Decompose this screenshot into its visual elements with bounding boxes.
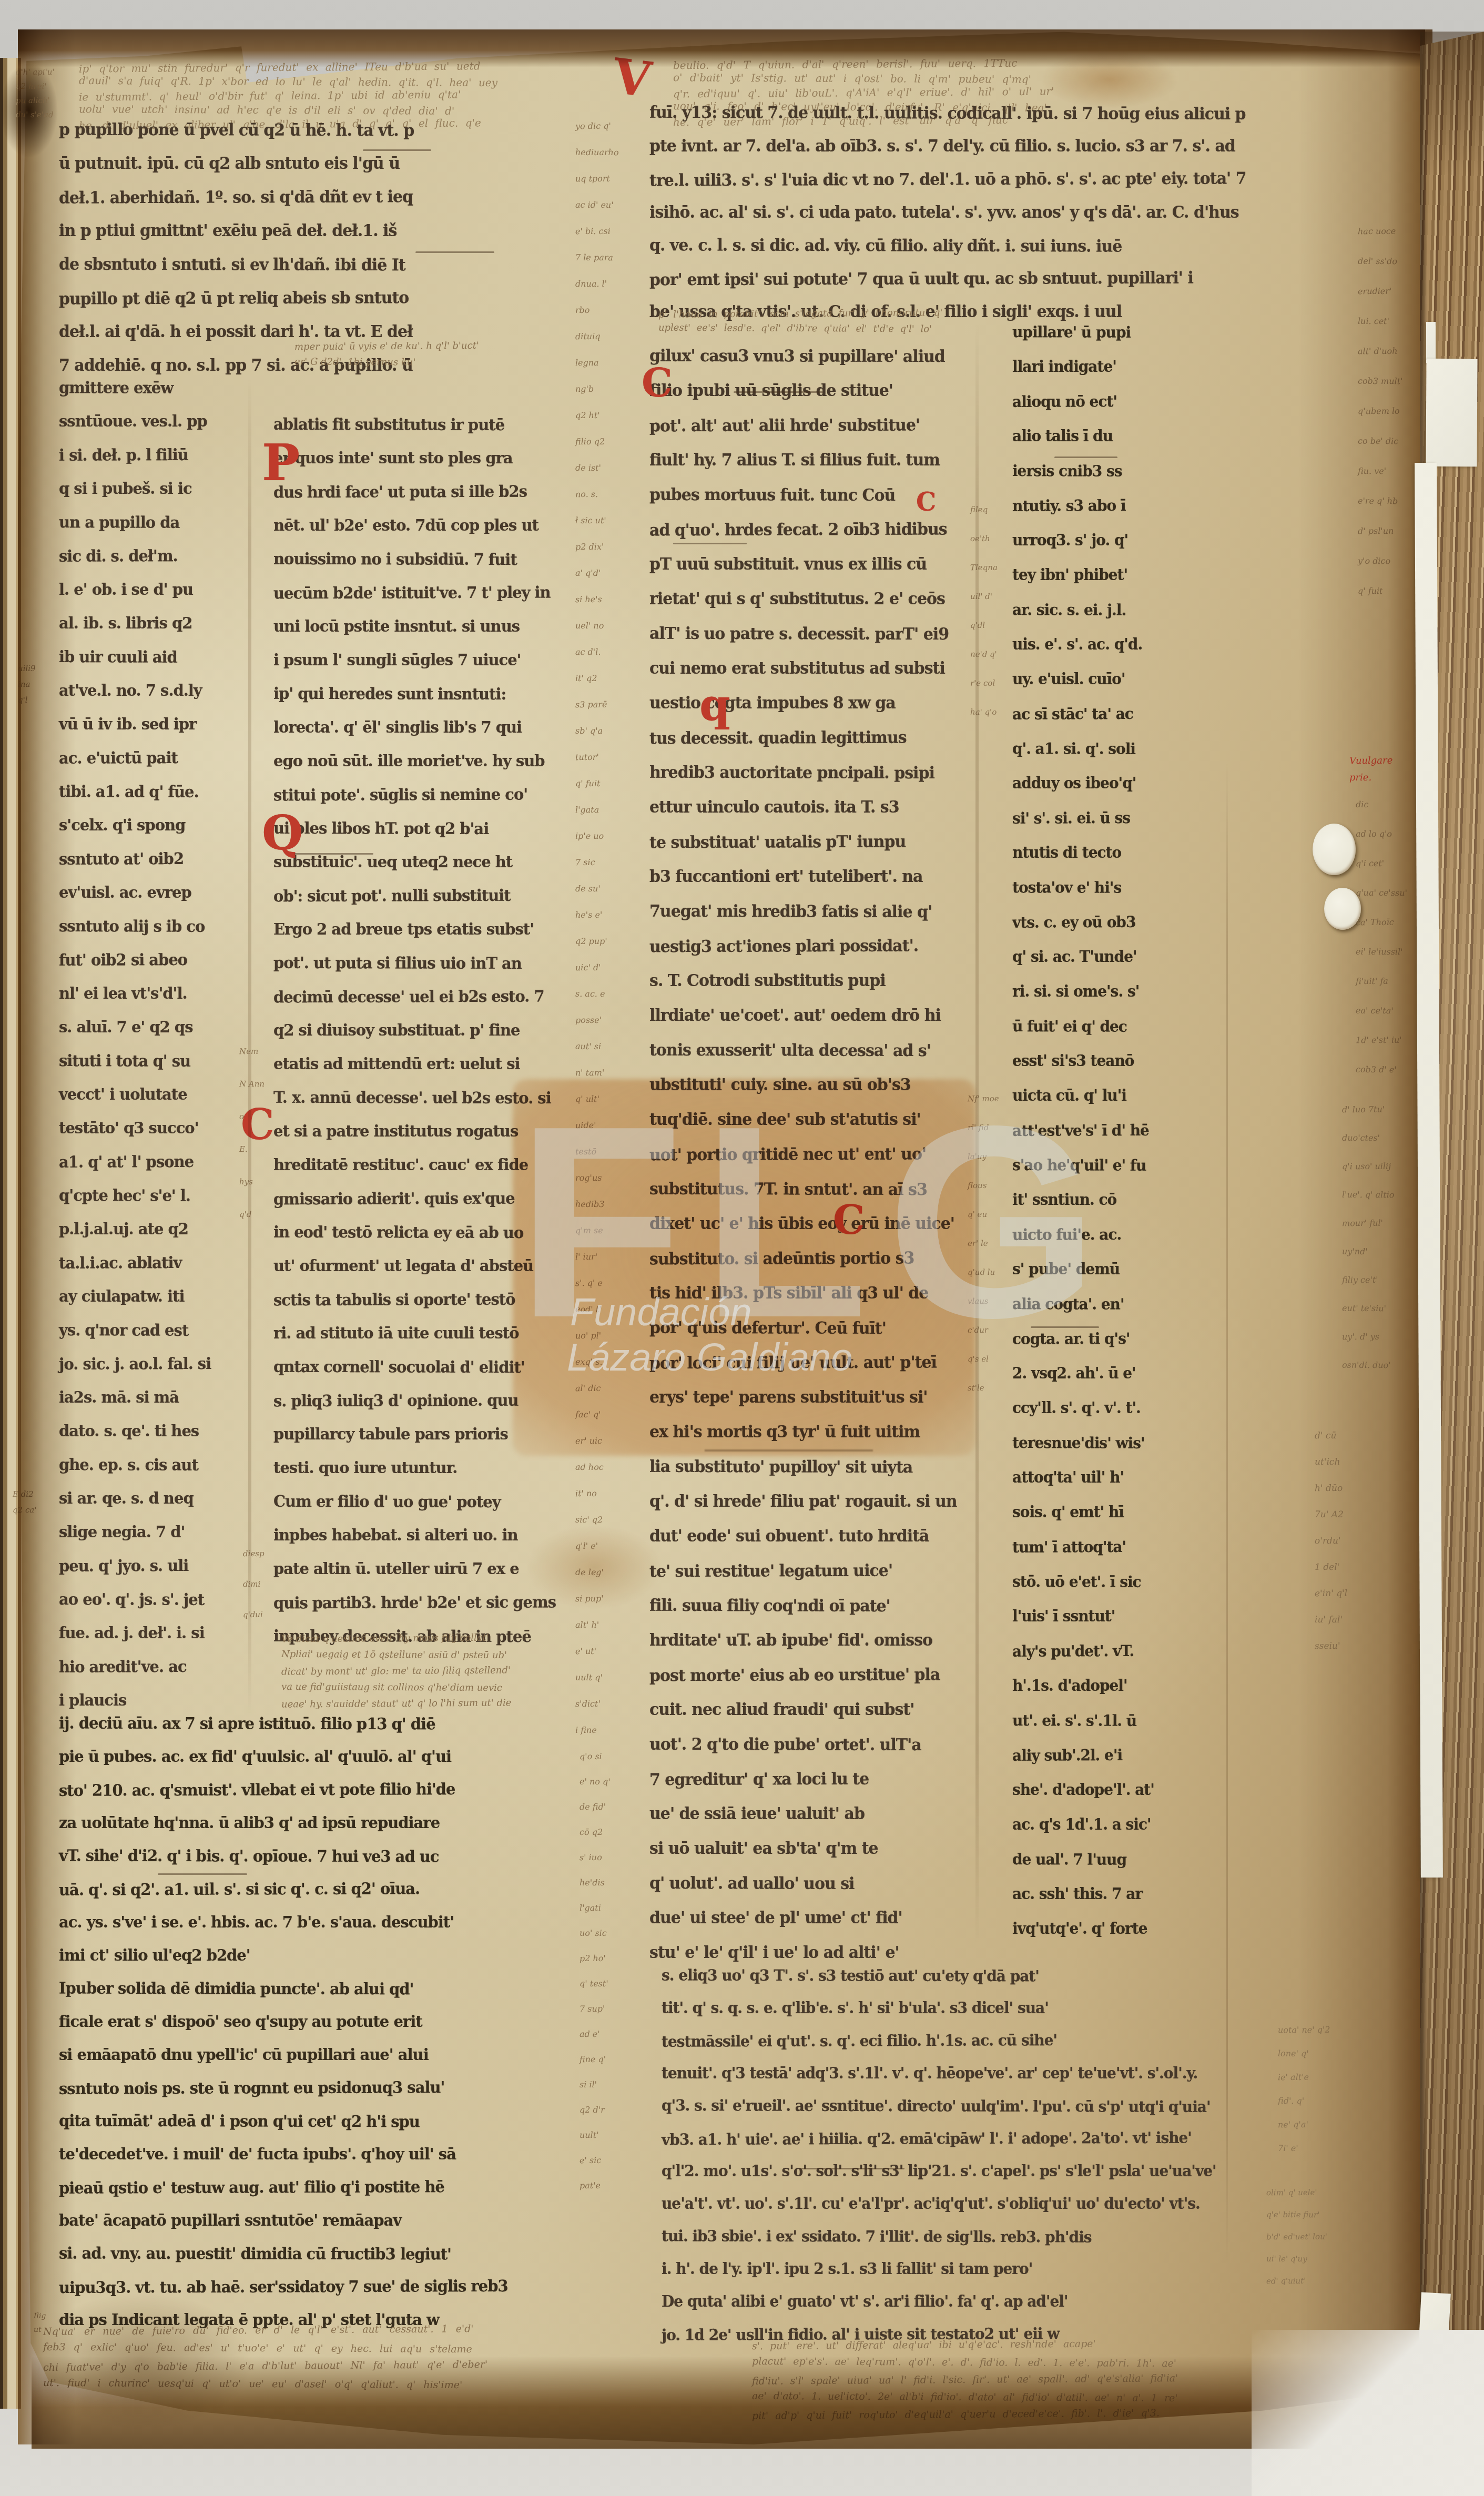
parchment-hole [1324, 888, 1361, 930]
ink-underline [294, 853, 373, 855]
ink-underline [158, 1873, 247, 1875]
red-initial-Q-col1: Q [262, 814, 303, 852]
parchment-hole [1313, 824, 1356, 875]
red-initial-V: V [611, 57, 653, 100]
red-initial-C-col2-b: C [833, 1204, 865, 1236]
red-initial-C-col2-a: C [642, 368, 673, 399]
ink-underline [734, 391, 823, 393]
red-initial-q-col2: q [699, 687, 730, 722]
ink-underline [1031, 1326, 1099, 1328]
adjacent-page-sliver [0, 58, 21, 2409]
backdrop-bottom-right [1252, 2330, 1484, 2496]
red-pilcrow-col2: C [916, 492, 936, 512]
ink-underline [1054, 456, 1117, 458]
ink-underline [799, 2168, 904, 2169]
manuscript-photo: { "watermark": { "initials": "FLG", "lin… [0, 0, 1484, 2496]
white-strip-top [1426, 322, 1436, 363]
white-strip-wide-tab [1426, 359, 1477, 467]
stain-edge-line [705, 1449, 873, 1452]
red-initial-C-col1: C [241, 1108, 275, 1141]
ink-underline [415, 251, 494, 253]
red-initial-P: P [262, 443, 300, 483]
ink-underline [673, 543, 747, 544]
ink-underline [363, 149, 431, 151]
